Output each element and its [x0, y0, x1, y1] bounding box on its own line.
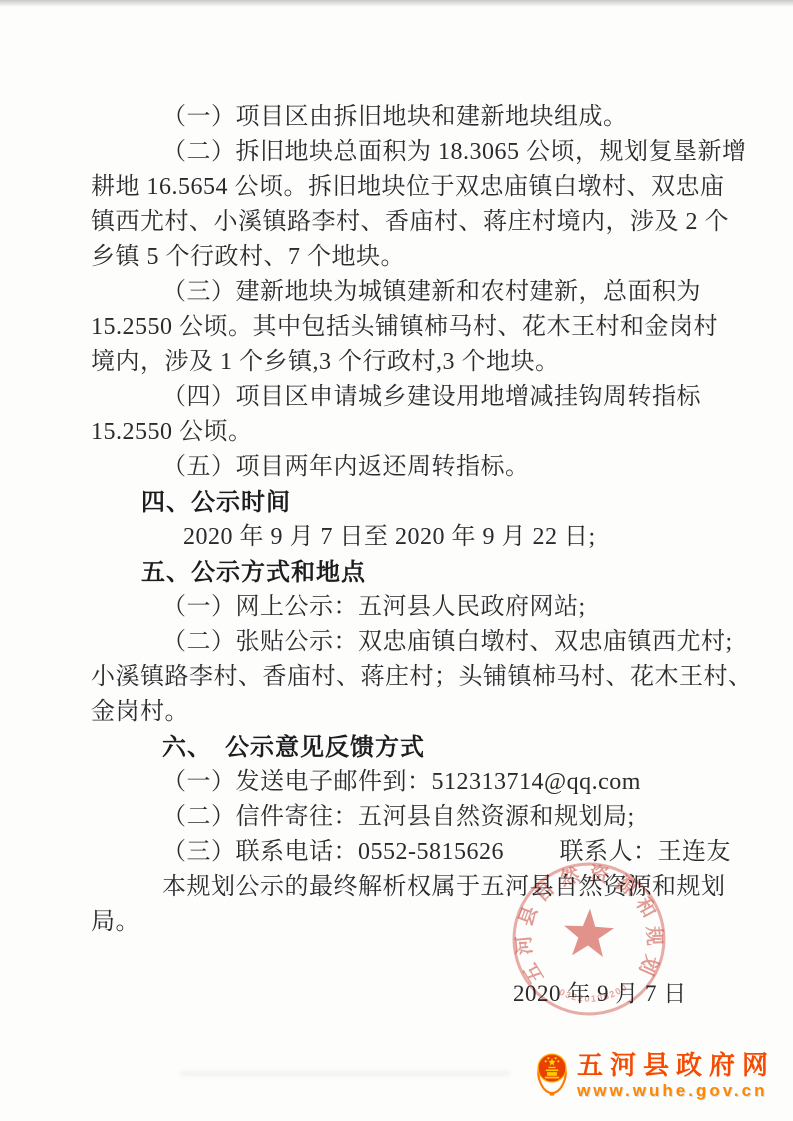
text-line: 耕地 16.5654 公顷。拆旧地块位于双忠庙镇白墩村、双忠庙	[91, 170, 731, 205]
site-url: www.wuhe.gov.cn	[577, 1080, 775, 1101]
text-line: 15.2550 公顷。其中包括头铺镇柿马村、花木王村和金岗村	[91, 310, 731, 345]
text-line: 本规划公示的最终解析权属于五河县自然资源和规划	[91, 870, 731, 905]
text-line: 15.2550 公顷。	[91, 415, 731, 450]
text-line: 乡镇 5 个行政村、7 个地块。	[91, 240, 731, 275]
text-line: 境内，涉及 1 个乡镇,3 个行政村,3 个地块。	[91, 345, 731, 380]
document-lines: （一）项目区由拆旧地块和建新地块组成。（二）拆旧地块总面积为 18.3065 公…	[91, 100, 731, 940]
text-line: 五、公示方式和地点	[91, 555, 731, 590]
scan-edge-artifact	[0, 0, 793, 7]
text-line: 局。	[91, 905, 731, 940]
text-line: 小溪镇路李村、香庙村、蒋庄村；头铺镇柿马村、花木王村、	[91, 660, 731, 695]
text-line: 金岗村。	[91, 695, 731, 730]
text-line: 六、 公示意见反馈方式	[91, 730, 731, 765]
text-line: （二）拆旧地块总面积为 18.3065 公顷，规划复垦新增	[91, 135, 731, 170]
sign-date: 2020 年 9 月 7 日	[91, 976, 731, 1011]
text-line: （一）发送电子邮件到：512313714@qq.com	[91, 765, 731, 800]
text-line: （三）联系电话：0552-5815626 联系人：王连友	[91, 835, 731, 870]
text-line: （一）项目区由拆旧地块和建新地块组成。	[91, 100, 731, 135]
china-national-emblem-icon	[534, 1050, 570, 1097]
text-line: 四、公示时间	[91, 485, 731, 520]
text-line: （四）项目区申请城乡建设用地增减挂钩周转指标	[91, 380, 731, 415]
text-line: （五）项目两年内返还周转指标。	[91, 450, 731, 485]
text-line: （二）张贴公示：双忠庙镇白墩村、双忠庙镇西尤村;	[91, 625, 731, 660]
document-body: （一）项目区由拆旧地块和建新地块组成。（二）拆旧地块总面积为 18.3065 公…	[91, 100, 731, 1011]
text-line: （一）网上公示：五河县人民政府网站;	[91, 590, 731, 625]
text-line: 镇西尤村、小溪镇路李村、香庙村、蒋庄村境内，涉及 2 个	[91, 205, 731, 240]
site-name: 五河县政府网	[577, 1050, 775, 1080]
text-line: （三）建新地块为城镇建新和农村建新，总面积为	[91, 275, 731, 310]
gov-site-watermark: 五河县政府网 www.wuhe.gov.cn	[534, 1050, 775, 1101]
text-line: 2020 年 9 月 7 日至 2020 年 9 月 22 日;	[91, 520, 731, 555]
text-line: （二）信件寄往：五河县自然资源和规划局;	[91, 800, 731, 835]
scan-smudge-artifact	[180, 1072, 510, 1075]
